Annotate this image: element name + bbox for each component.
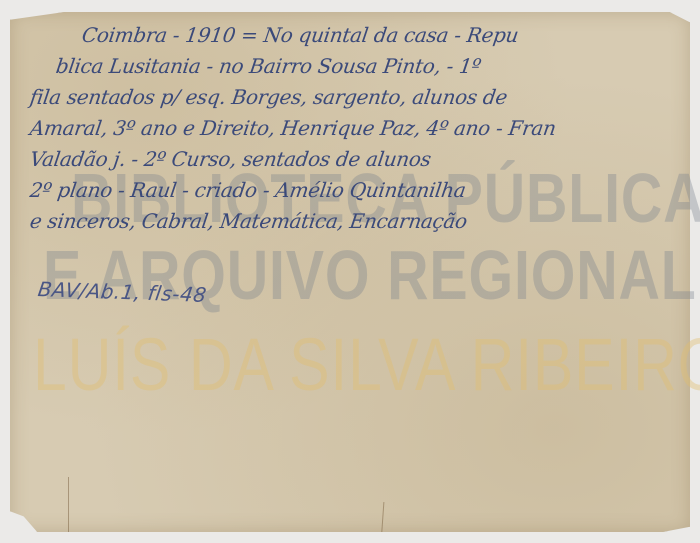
handwritten-note: Coimbra - 1910 = No quintal da casa - Re… [30, 20, 680, 237]
handwriting-line: Amaral, 3º ano e Direito, Henrique Paz, … [28, 113, 682, 144]
handwriting-line: fila sentados p/ esq. Borges, sargento, … [28, 82, 682, 113]
handwriting-line: Valadão j. - 2º Curso, sentados de aluno… [28, 144, 682, 175]
scanned-document: BIBLIOTECA PÚBLICA E ARQUIVO REGIONAL LU… [0, 0, 700, 543]
handwriting-line: e sinceros, Cabral, Matemática, Encarnaç… [28, 206, 682, 237]
paper-crease [68, 477, 69, 532]
paper-crease [381, 502, 385, 542]
handwriting-line: blica Lusitania - no Bairro Sousa Pinto,… [28, 51, 682, 82]
handwriting-line: Coimbra - 1910 = No quintal da casa - Re… [28, 20, 682, 51]
handwriting-line: 2º plano - Raul - criado - Amélio Quinta… [28, 175, 682, 206]
